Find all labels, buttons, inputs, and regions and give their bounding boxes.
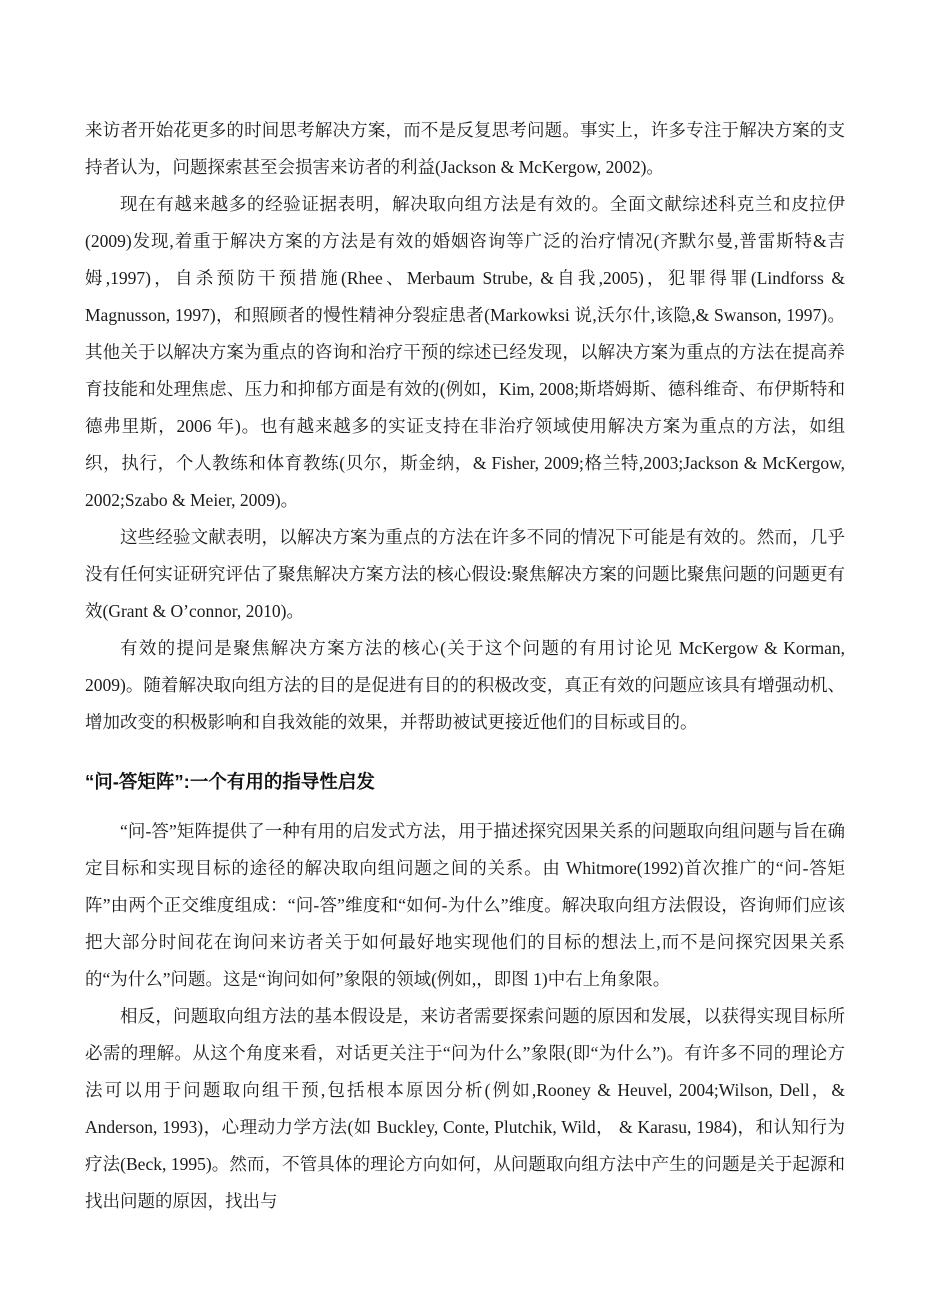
paragraph-matrix-description: “问-答”矩阵提供了一种有用的启发式方法，用于描述探究因果关系的问题取向组问题与… [85, 813, 845, 998]
paragraph-problem-focused-assumption: 相反，问题取向组方法的基本假设是，来访者需要探索问题的原因和发展，以获得实现目标… [85, 998, 845, 1220]
section-heading-ask-tell-matrix: “问-答矩阵”:一个有用的指导性启发 [85, 763, 845, 800]
document-page: 来访者开始花更多的时间思考解决方案，而不是反复思考问题。事实上，许多专注于解决方… [0, 0, 926, 1309]
paragraph-effective-questions: 有效的提问是聚焦解决方案方法的核心(关于这个问题的有用讨论见 McKergow … [85, 630, 845, 741]
paragraph-continuation: 来访者开始花更多的时间思考解决方案，而不是反复思考问题。事实上，许多专注于解决方… [85, 112, 845, 186]
paragraph-empirical-evidence: 现在有越来越多的经验证据表明，解决取向组方法是有效的。全面文献综述科克兰和皮拉伊… [85, 186, 845, 519]
paragraph-core-assumption: 这些经验文献表明，以解决方案为重点的方法在许多不同的情况下可能是有效的。然而，几… [85, 519, 845, 630]
